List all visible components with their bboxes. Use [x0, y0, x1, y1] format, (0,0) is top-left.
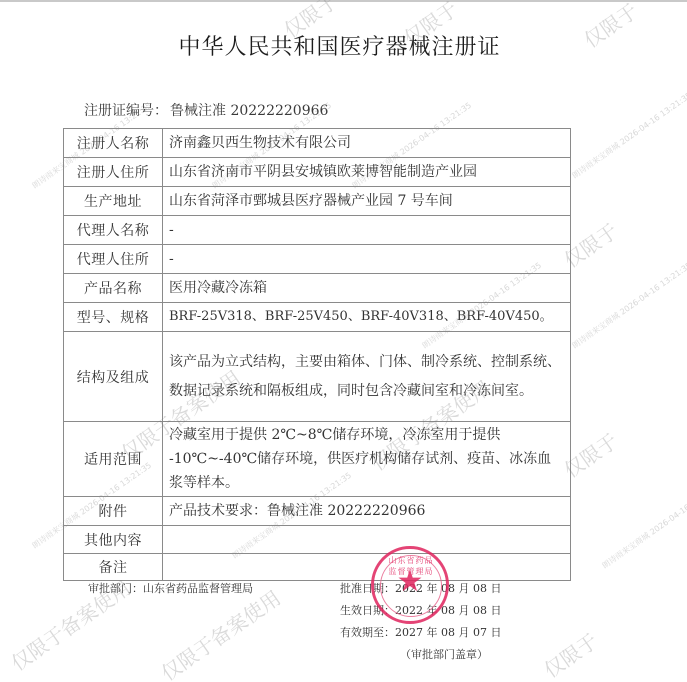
watermark-timestamp: 朗诗雨来宝商城 2026-04-16 13:21:35 — [600, 480, 687, 571]
row-key: 生产地址 — [64, 187, 163, 216]
row-key: 结构及组成 — [64, 332, 163, 422]
row-key: 附件 — [64, 497, 163, 526]
table-row: 结构及组成 该产品为立式结构，主要由箱体、门体、制冷系统、控制系统、数据记录系统… — [64, 332, 571, 422]
row-value: 山东省济南市平阴县安城镇欧莱博智能制造产业园 — [163, 158, 571, 187]
row-key: 代理人住所 — [64, 245, 163, 274]
table-row: 适用范围 冷藏室用于提供 2℃~8℃储存环境，冷冻室用于提供 -10℃~-40℃… — [64, 422, 571, 497]
watermark: 仅限于 — [537, 625, 603, 682]
row-value: 山东省菏泽市鄄城县医疗器械产业园 7 号车间 — [163, 187, 571, 216]
table-row: 注册人名称 济南鑫贝西生物技术有限公司 — [64, 129, 571, 158]
row-key: 注册人名称 — [64, 129, 163, 158]
row-key: 注册人住所 — [64, 158, 163, 187]
table-row: 代理人名称 - — [64, 216, 571, 245]
registration-number-label: 注册证编号： — [84, 103, 168, 119]
row-value: 冷藏室用于提供 2℃~8℃储存环境，冷冻室用于提供 -10℃~-40℃储存环境，… — [163, 422, 571, 497]
row-key: 型号、规格 — [64, 303, 163, 332]
watermark: 仅限于备案使用 — [154, 582, 285, 682]
row-value: 该产品为立式结构，主要由箱体、门体、制冷系统、控制系统、数据记录系统和隔板组成，… — [163, 332, 571, 422]
row-key: 其他内容 — [64, 526, 163, 554]
row-key: 代理人名称 — [64, 216, 163, 245]
table-row: 其他内容 — [64, 526, 571, 554]
table-row: 代理人住所 - — [64, 245, 571, 274]
official-seal: 山东省药品监督管理局 ★ — [371, 546, 449, 624]
row-value: - — [163, 245, 571, 274]
document-title: 中华人民共和国医疗器械注册证 — [0, 30, 687, 61]
row-value — [163, 526, 571, 554]
table-row: 注册人住所 山东省济南市平阴县安城镇欧莱博智能制造产业园 — [64, 158, 571, 187]
approval-department: 审批部门：山东省药品监督管理局 — [88, 580, 253, 596]
top-border — [0, 0, 687, 2]
table-row: 型号、规格 BRF-25V318、BRF-25V450、BRF-40V318、B… — [64, 303, 571, 332]
table-row: 附件 产品技术要求：鲁械注准 20222220966 — [64, 497, 571, 526]
registration-number: 注册证编号：鲁械注准 20222220966 — [84, 100, 328, 120]
row-value — [163, 554, 571, 581]
table-row: 生产地址 山东省菏泽市鄄城县医疗器械产业园 7 号车间 — [64, 187, 571, 216]
row-value: - — [163, 216, 571, 245]
row-key: 备注 — [64, 554, 163, 581]
row-value: BRF-25V318、BRF-25V450、BRF-40V318、BRF-40V… — [163, 303, 571, 332]
expiry-date: 有效期至：2027 年 08 月 07 日 — [340, 622, 501, 644]
certificate-table: 注册人名称 济南鑫贝西生物技术有限公司 注册人住所 山东省济南市平阴县安城镇欧莱… — [63, 128, 571, 581]
table-row: 备注 — [64, 554, 571, 581]
seal-note: （审批部门盖章） — [400, 644, 501, 666]
registration-number-value: 鲁械注准 20222220966 — [170, 103, 328, 119]
row-key: 产品名称 — [64, 274, 163, 303]
watermark-timestamp: 朗诗雨来宝商城 2026-04-16 13:21:35 — [570, 260, 687, 351]
watermark-timestamp: 朗诗雨来宝商城 2026-04-16 13:21:35 — [570, 90, 687, 181]
table-row: 产品名称 医用冷藏冷冻箱 — [64, 274, 571, 303]
star-icon: ★ — [374, 567, 446, 597]
row-key: 适用范围 — [64, 422, 163, 497]
row-value: 医用冷藏冷冻箱 — [163, 274, 571, 303]
row-value: 济南鑫贝西生物技术有限公司 — [163, 129, 571, 158]
row-value: 产品技术要求：鲁械注准 20222220966 — [163, 497, 571, 526]
